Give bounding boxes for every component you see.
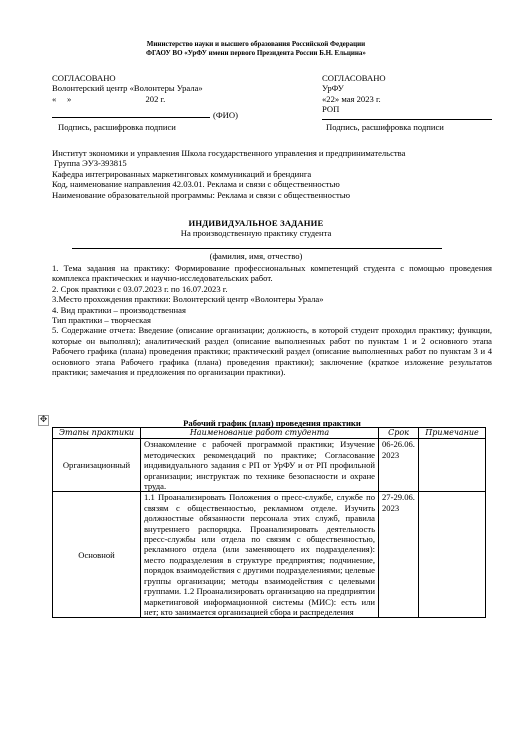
assignment-title: ИНДИВИДУАЛЬНОЕ ЗАДАНИЕ	[0, 218, 512, 228]
term-cell: 06-26.06.2023	[379, 439, 419, 492]
col-header-term: Срок	[379, 428, 419, 439]
fio-label: (ФИО)	[213, 110, 238, 120]
approval-right: СОГЛАСОВАНО УрФУ «22» мая 2023 г. РОП	[322, 73, 492, 115]
approval-left: СОГЛАСОВАНО Волонтерский центр «Волонтер…	[52, 73, 282, 104]
ministry-header: Министерство науки и высшего образования…	[0, 40, 512, 58]
group: Группа ЭУЗ-393815	[52, 158, 492, 168]
assignment-heading: ИНДИВИДУАЛЬНОЕ ЗАДАНИЕ На производственн…	[0, 218, 512, 239]
note-cell	[419, 439, 486, 492]
item-period: 2. Срок практики с 03.07.2023 г. по 16.0…	[52, 284, 492, 294]
stage-cell: Организационный	[53, 439, 141, 492]
signature-line-left	[52, 117, 210, 118]
student-name-line	[72, 248, 442, 249]
assignment-items: 1. Тема задания на практику: Формировани…	[52, 263, 492, 377]
col-header-stage: Этапы практики	[53, 428, 141, 439]
table-row: Основной 1.1 Проанализировать Положения …	[53, 492, 486, 618]
approval-left-date: « » 202 г.	[52, 94, 282, 104]
term-cell: 27-29.06.2023	[379, 492, 419, 618]
institute: Институт экономики и управления Школа го…	[52, 148, 492, 158]
table-row: Организационный Ознакомление с рабочей п…	[53, 439, 486, 492]
signature-caption-right: Подпись, расшифровка подписи	[326, 122, 444, 132]
signature-line-right	[322, 119, 492, 120]
approval-left-organization: Волонтерский центр «Волонтеры Урала»	[52, 83, 282, 93]
approval-right-date: «22» мая 2023 г.	[322, 94, 492, 104]
approval-left-date-quotes: « »	[52, 94, 71, 104]
item-topic: 1. Тема задания на практику: Формировани…	[52, 263, 492, 284]
assignment-subtitle: На производственную практику студента	[0, 228, 512, 238]
approval-right-organization: УрФУ	[322, 83, 492, 93]
approval-right-title: СОГЛАСОВАНО	[322, 73, 492, 83]
department: Кафедра интегрированных маркетинговых ко…	[52, 169, 492, 179]
col-header-note: Примечание	[419, 428, 486, 439]
work-cell: Ознакомление с рабочей программой практи…	[141, 439, 379, 492]
stage-cell: Основной	[53, 492, 141, 618]
item-place: 3.Место прохождения практики: Волонтерск…	[52, 294, 492, 304]
approval-left-date-year: 202 г.	[146, 94, 166, 104]
approval-left-title: СОГЛАСОВАНО	[52, 73, 282, 83]
col-header-work: Наименование работ студента	[141, 428, 379, 439]
signature-caption-left: Подпись, расшифровка подписи	[58, 122, 176, 132]
item-report-content: 5. Содержание отчета: Введение (описание…	[52, 325, 492, 377]
student-info: Институт экономики и управления Школа го…	[52, 148, 492, 200]
note-cell	[419, 492, 486, 618]
direction: Код, наименование направления 42.03.01. …	[52, 179, 492, 189]
work-cell: 1.1 Проанализировать Положения о пресс-с…	[141, 492, 379, 618]
item-kind: 4. Вид практики – производственная	[52, 305, 492, 315]
schedule-header-row: Этапы практики Наименование работ студен…	[53, 428, 486, 439]
ministry-line-1: Министерство науки и высшего образования…	[0, 40, 512, 49]
ministry-line-2: ФГАОУ ВО «УрФУ имени первого Президента …	[0, 49, 512, 58]
student-name-caption: (фамилия, имя, отчество)	[0, 251, 512, 261]
schedule-table: Этапы практики Наименование работ студен…	[52, 427, 486, 618]
table-move-handle-icon[interactable]: ✥	[38, 415, 49, 426]
item-type: Тип практики – творческая	[52, 315, 492, 325]
program: Наименование образовательной программы: …	[52, 190, 492, 200]
approval-right-role: РОП	[322, 104, 492, 114]
